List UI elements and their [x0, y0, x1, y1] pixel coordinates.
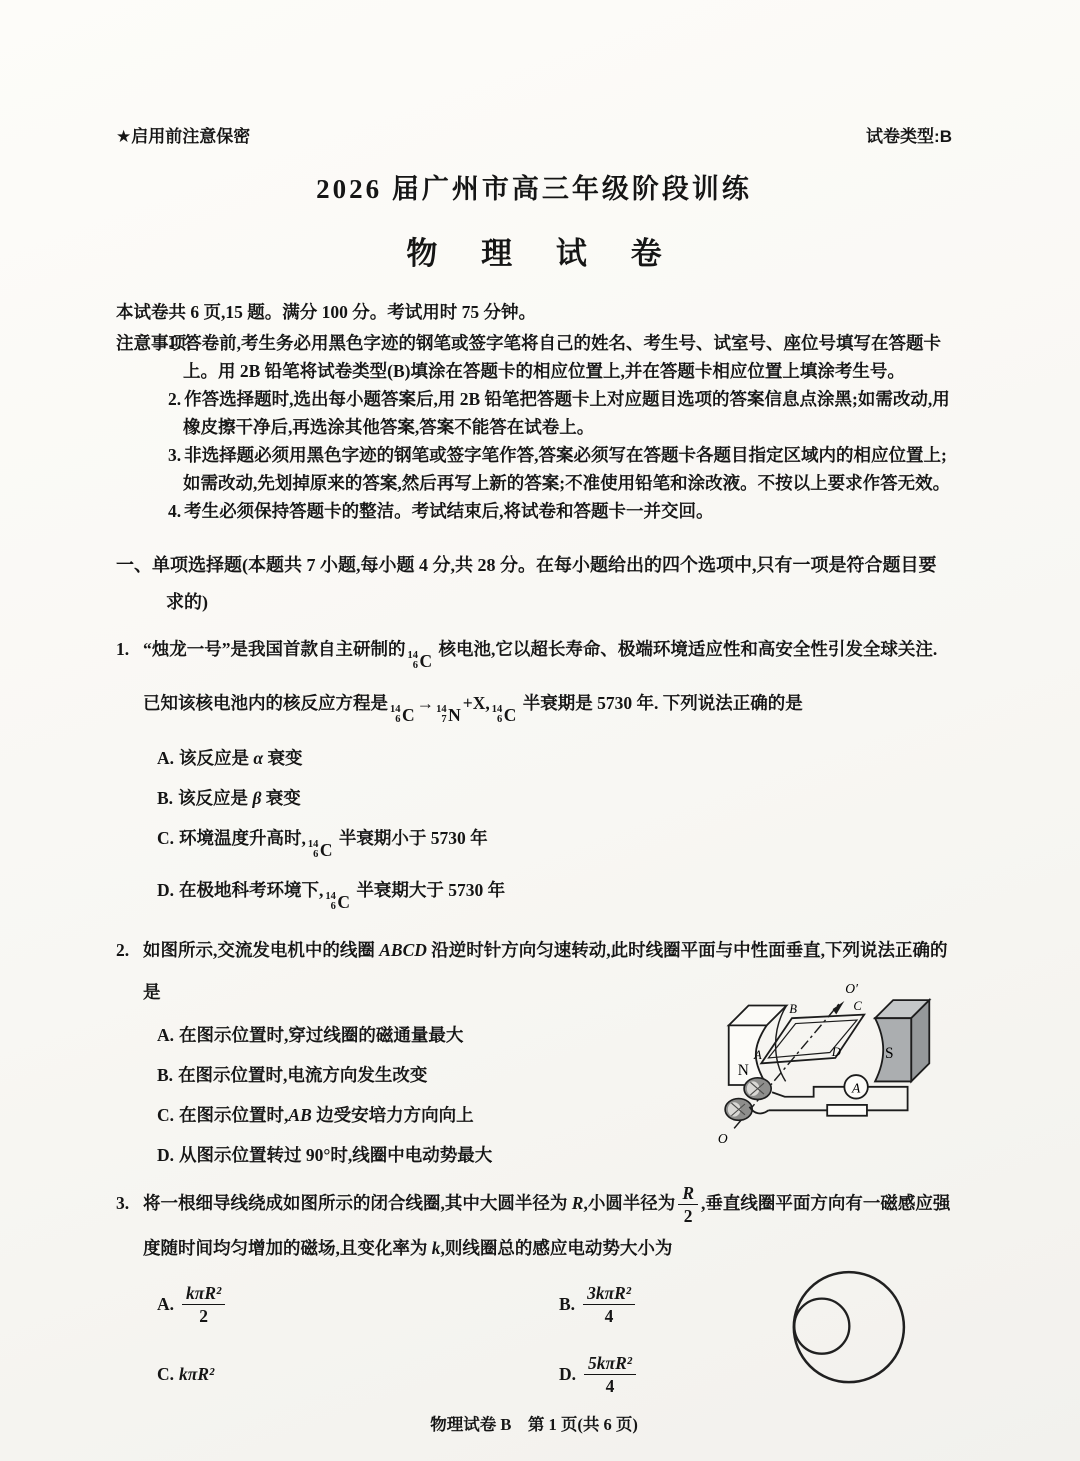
- option-d: D.从图示位置转过 90°时,线圈中电动势最大: [143, 1135, 723, 1175]
- q2-options: A.在图示位置时,穿过线圈的磁通量最大 B.在图示位置时,电流方向发生改变 C.…: [143, 1015, 723, 1175]
- generator-diagram: O′ O N S B C A: [698, 973, 960, 1149]
- ammeter-label: A: [851, 1080, 861, 1095]
- page-footer: 物理试卷 B 第 1 页(共 6 页): [116, 1411, 952, 1435]
- question-2: 2. 如图所示,交流发电机中的线圈 ABCD 沿逆时针方向匀速转动,此时线圈平面…: [116, 929, 952, 1175]
- question-1: 1. “烛龙一号”是我国首款自主研制的146C 核电池,它以超长寿命、极端环境适…: [116, 628, 952, 922]
- exam-title: 2026 届广州市高三年级阶段训练: [116, 167, 952, 206]
- formula-text: kπR²: [179, 1364, 214, 1385]
- slip-ring: [725, 1099, 752, 1121]
- notes-section: 注意事项: 1.答卷前,考生务必用黑色字迹的钢笔或签字笔将自己的姓名、考生号、试…: [116, 329, 952, 525]
- question-number: 2.: [116, 929, 143, 1175]
- option-c: C. kπR²: [143, 1351, 545, 1399]
- radius-symbol: R: [572, 1193, 584, 1213]
- exam-summary: 本试卷共 6 页,15 题。满分 100 分。考试用时 75 分钟。: [116, 299, 952, 324]
- coil-circles-diagram: [760, 1246, 958, 1405]
- q1-options: A.该反应是 α 衰变 B.该反应是 β 衰变 C.环境温度升高时,146C 半…: [143, 738, 723, 922]
- page-topline: ★启用前注意保密 试卷类型:B: [116, 122, 952, 147]
- formula-fraction: 5kπR²4: [584, 1353, 636, 1396]
- option-c: C.在图示位置时,AB 边受安培力方向向上: [143, 1095, 723, 1135]
- label-o: O: [718, 1131, 728, 1146]
- note-text: 作答选择题时,选出每小题答案后,用 2B 铅笔把答题卡上对应题目选项的答案信息点…: [183, 389, 950, 437]
- question-number: 3.: [116, 1182, 143, 1399]
- option-a: A. kπR²2: [143, 1281, 545, 1329]
- label-d: D: [831, 1045, 841, 1059]
- small-circle: [794, 1299, 849, 1354]
- option-a: A.该反应是 α 衰变: [143, 738, 723, 778]
- option-b: B.在图示位置时,电流方向发生改变: [143, 1055, 723, 1095]
- n-magnet-curve: [776, 1006, 787, 1082]
- note-text: 答卷前,考生务必用黑色字迹的钢笔或签字笔将自己的姓名、考生号、试室号、座位号填写…: [183, 333, 941, 381]
- label-o-prime: O′: [845, 981, 859, 996]
- note-number: 2.: [168, 389, 181, 409]
- rate-symbol: k: [432, 1238, 441, 1258]
- axis-arrow-icon: [833, 1001, 845, 1015]
- nuclide-c14: 146C: [408, 640, 433, 682]
- note-text: 考生必须保持答题卡的整洁。考试结束后,将试卷和答题卡一并交回。: [184, 501, 713, 521]
- coil-inner: [768, 1020, 857, 1058]
- alpha-symbol: α: [253, 748, 263, 768]
- security-notice: ★启用前注意保密: [116, 122, 250, 147]
- label-n-pole: N: [738, 1062, 749, 1079]
- slip-ring: [744, 1078, 771, 1100]
- notes-label: 注意事项:: [116, 329, 192, 357]
- note-number: 4.: [168, 501, 181, 521]
- wire: [772, 1087, 844, 1097]
- paper-type: 试卷类型:B: [866, 122, 952, 147]
- label-b: B: [789, 1002, 797, 1016]
- exam-page: ★启用前注意保密 试卷类型:B 2026 届广州市高三年级阶段训练 物 理 试 …: [0, 0, 1080, 1461]
- n-magnet-top: [729, 1006, 787, 1026]
- option-a: A.在图示位置时,穿过线圈的磁通量最大: [143, 1015, 723, 1055]
- coil-circles-figure: [760, 1246, 958, 1410]
- nuclide-c14: 146C: [325, 882, 350, 922]
- nuclide-c14: 146C: [492, 694, 517, 736]
- note-item: 2.作答选择题时,选出每小题答案后,用 2B 铅笔把答题卡上对应题目选项的答案信…: [168, 385, 952, 441]
- question-number: 1.: [116, 628, 143, 922]
- nuclide-c14: 146C: [390, 694, 415, 736]
- label-a: A: [753, 1048, 762, 1062]
- option-d: D.在极地科考环境下,146C 半衰期大于 5730 年: [143, 870, 723, 922]
- label-c: C: [853, 999, 862, 1013]
- formula-fraction: kπR²2: [182, 1283, 225, 1326]
- note-item: 1.答卷前,考生务必用黑色字迹的钢笔或签字笔将自己的姓名、考生号、试室号、座位号…: [168, 329, 952, 385]
- note-item: 4.考生必须保持答题卡的整洁。考试结束后,将试卷和答题卡一并交回。: [168, 497, 952, 525]
- nuclide-n14: 147N: [436, 694, 461, 736]
- option-c: C.环境温度升高时,146C 半衰期小于 5730 年: [143, 818, 723, 870]
- note-item: 3.非选择题必须用黑色字迹的钢笔或签字笔作答,答案必须写在答题卡各题目指定区域内…: [168, 441, 952, 497]
- label-s-pole: S: [885, 1045, 894, 1062]
- option-b: B.该反应是 β 衰变: [143, 778, 723, 818]
- resistor-icon: [827, 1105, 867, 1116]
- generator-figure: O′ O N S B C A: [698, 973, 960, 1149]
- section-one-heading: 一、单项选择题(本题共 7 小题,每小题 4 分,共 28 分。在每小题给出的四…: [116, 547, 952, 621]
- formula-fraction: 3kπR²4: [583, 1283, 635, 1326]
- note-number: 3.: [168, 445, 181, 465]
- wire: [867, 1087, 908, 1110]
- reaction-arrow: →: [417, 693, 435, 713]
- nuclide-c14: 146C: [308, 830, 333, 870]
- coil-name: ABCD: [379, 940, 427, 960]
- note-text: 非选择题必须用黑色字迹的钢笔或签字笔作答,答案必须写在答题卡各题目指定区域内的相…: [183, 445, 950, 493]
- subject-title: 物 理 试 卷: [116, 228, 952, 273]
- question-text: “烛龙一号”是我国首款自主研制的146C 核电池,它以超长寿命、极端环境适应性和…: [143, 628, 952, 736]
- radius-fraction: R2: [678, 1183, 698, 1226]
- q3-options: A. kπR²2 B. 3kπR²4 C. kπR² D. 5kπR²4: [143, 1281, 823, 1399]
- question-3: 3. 将一根细导线绕成如图所示的闭合线圈,其中大圆半径为 R,小圆半径为R2,垂…: [116, 1182, 952, 1399]
